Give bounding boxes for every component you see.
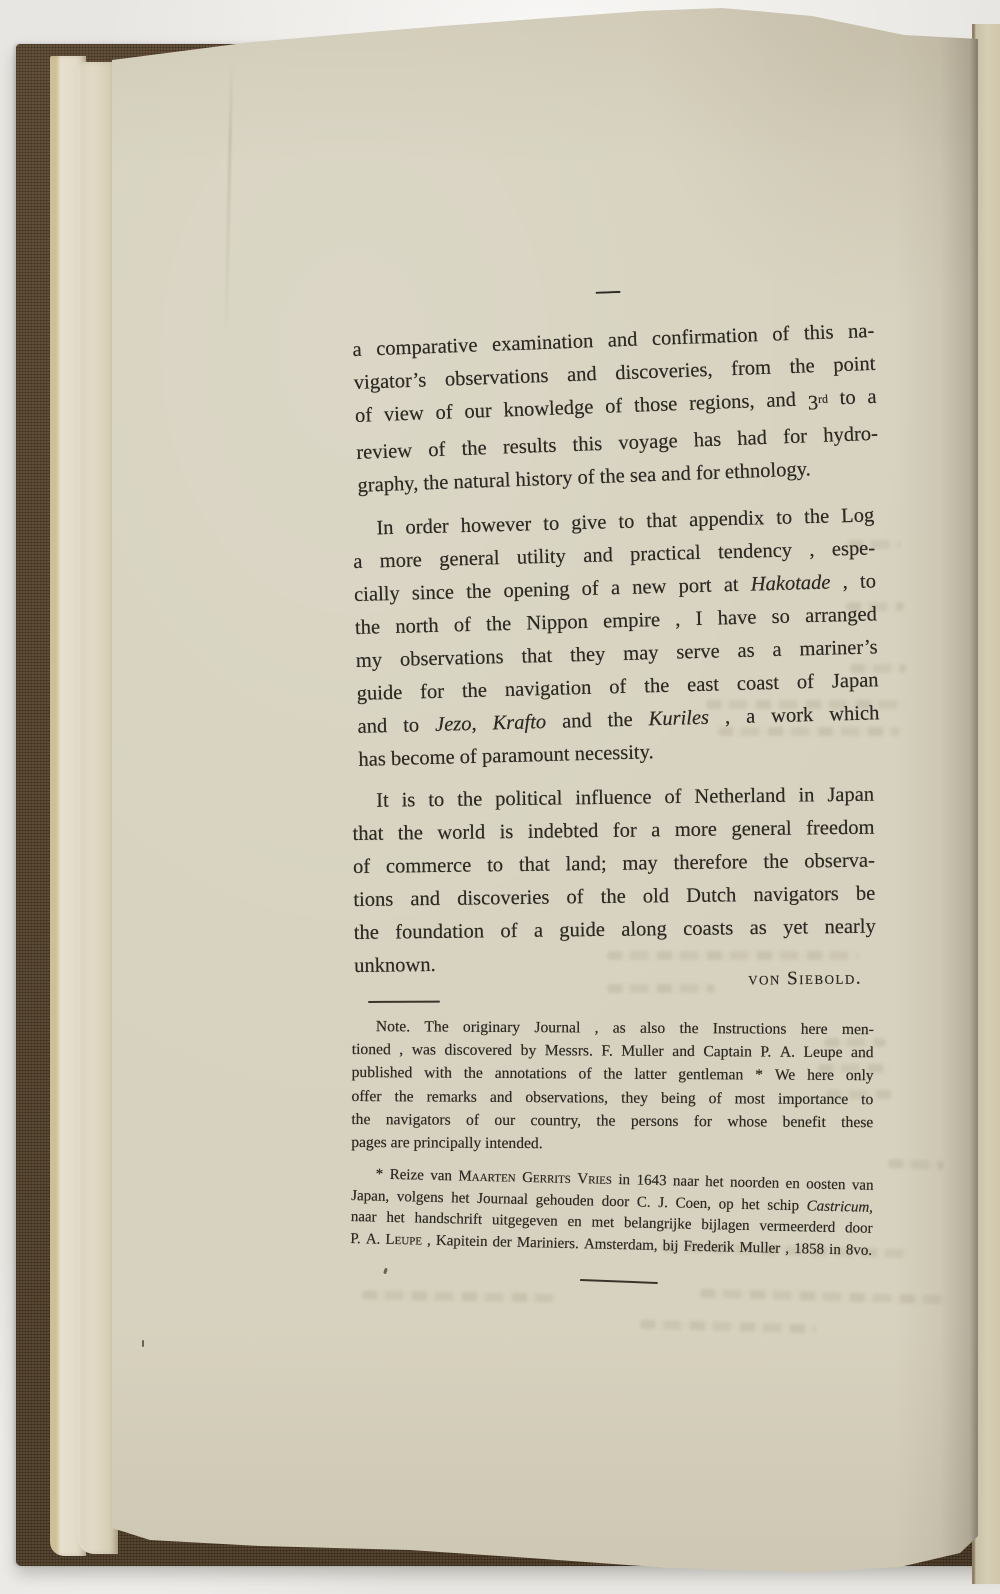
text-line: von Siebold. bbox=[352, 967, 874, 996]
printed-text-block: — acomparativeexaminationandconfirmation… bbox=[352, 278, 874, 1280]
text-line: thenavigatorsofourcountry,thepersonsforw… bbox=[351, 1108, 873, 1134]
footnote-paragraph: *ReizevanMaartenGerritsVriesin1643naarhe… bbox=[350, 1164, 874, 1262]
paragraph-1: acomparativeexaminationandconfirmationof… bbox=[352, 315, 880, 503]
text-line: offertheremarksandobservations,theybeing… bbox=[351, 1085, 873, 1111]
page-gutter-shadow bbox=[894, 8, 978, 1572]
text-line: thefoundationofaguidealongcoastsasyetnea… bbox=[354, 911, 876, 950]
note-divider-rule bbox=[368, 1001, 440, 1003]
paragraph-3: ItistothepoliticalinfluenceofNetherlandi… bbox=[352, 779, 876, 983]
author-signature: von Siebold. bbox=[352, 967, 874, 996]
note-paragraph: Note.TheoriginaryJournal,asalsotheInstru… bbox=[351, 1015, 874, 1157]
text-line: publishedwiththeannotationsofthelatterge… bbox=[352, 1062, 874, 1088]
photograph-of-open-book: { "colors": { "background": "#e7e6e2", "… bbox=[0, 0, 1000, 1594]
show-through-mark bbox=[888, 1159, 944, 1170]
paragraph-2: InorderhowevertogivetothatappendixtotheL… bbox=[352, 500, 881, 778]
text-line: tioned,wasdiscoveredbyMessrs.F.Mullerand… bbox=[352, 1038, 874, 1064]
text-line: pages are principally intended. bbox=[351, 1131, 873, 1157]
text-line: Note.TheoriginaryJournal,asalsotheInstru… bbox=[352, 1015, 874, 1041]
ink-speck bbox=[142, 1340, 144, 1347]
